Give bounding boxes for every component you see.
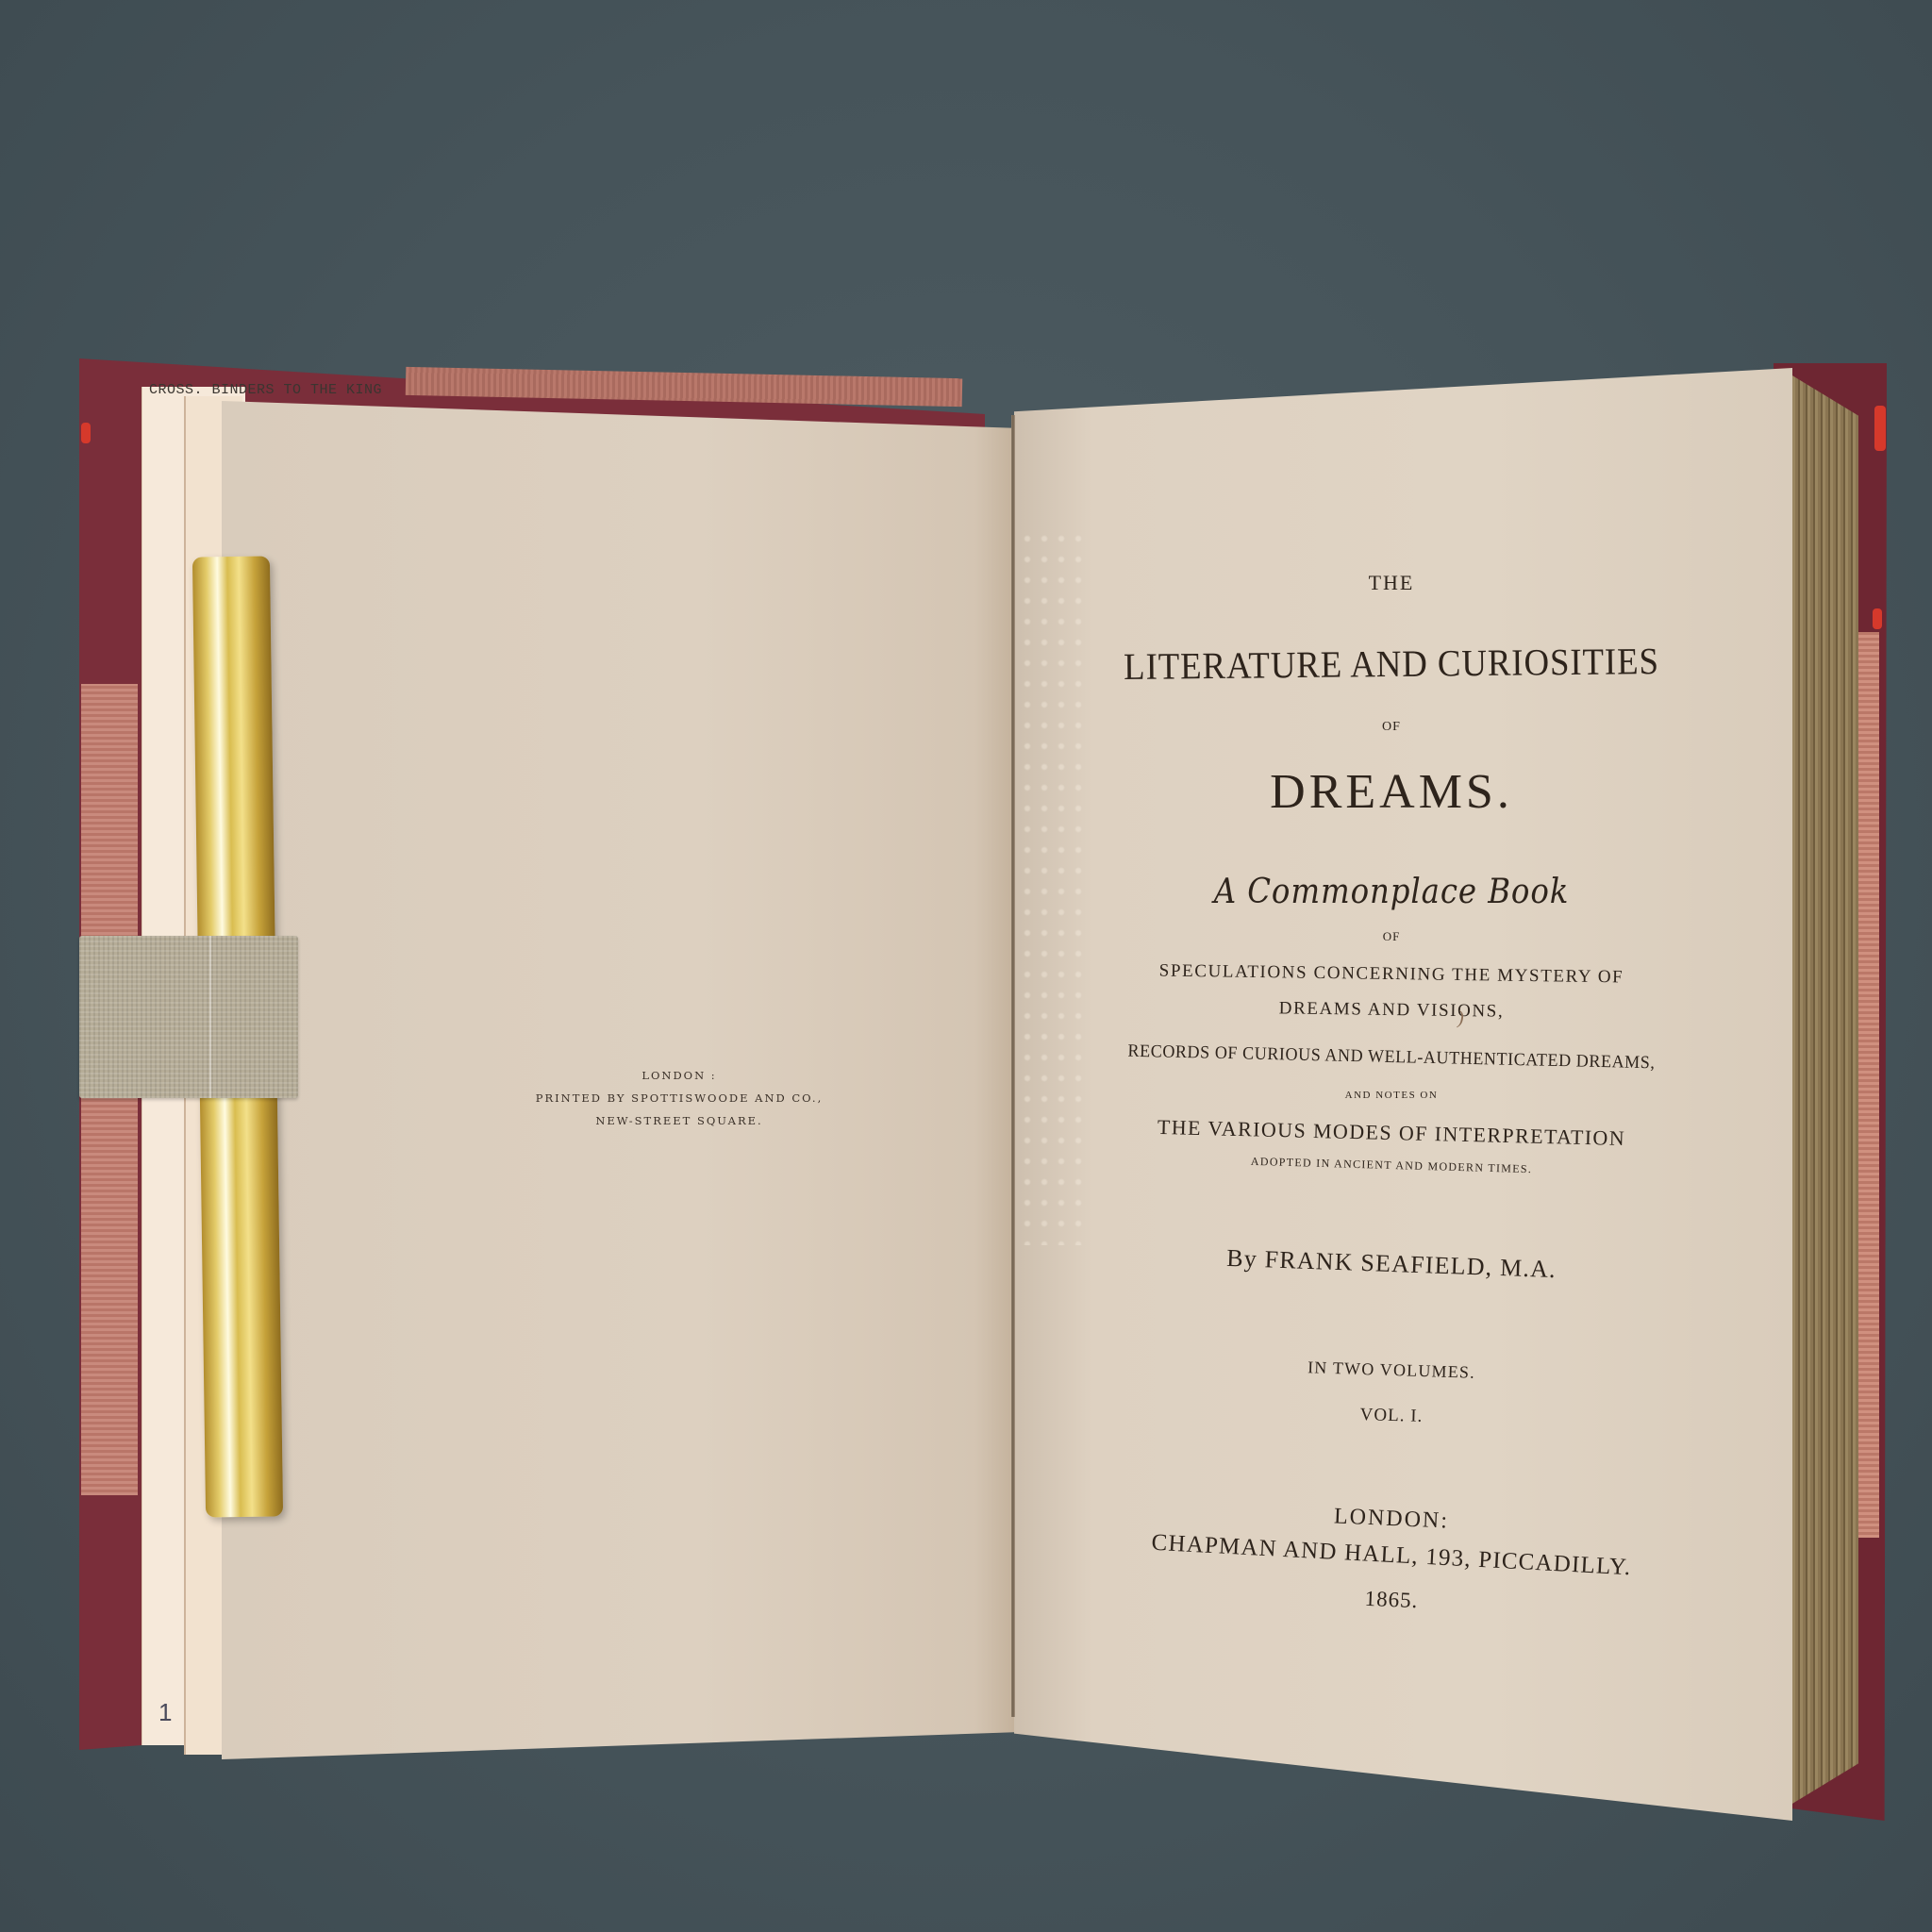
- text-block-fore-edge: [1788, 373, 1858, 1807]
- ribbon-seam: [209, 936, 211, 1098]
- title-the: THE: [1028, 571, 1755, 595]
- subtitle-of: OF: [1028, 929, 1755, 944]
- pencil-mark: 1: [158, 1698, 187, 1736]
- red-corner-wear: [1873, 608, 1882, 629]
- right-cover-cloth-strip: [1857, 632, 1879, 1538]
- title-subject: DREAMS.: [1028, 764, 1755, 820]
- subtitle-blackletter: A Commonplace Book: [1065, 873, 1719, 911]
- main-title: LITERATURE AND CURIOSITIES: [1058, 638, 1726, 689]
- pencil-margin-mark: ): [1457, 1008, 1464, 1029]
- imprint-line-3: NEW-STREET SQUARE.: [491, 1109, 868, 1132]
- red-corner-wear: [81, 423, 91, 443]
- linen-ribbon-band: [79, 936, 298, 1098]
- red-corner-wear: [1874, 406, 1886, 451]
- imprint-line-2: PRINTED BY SPOTTISWOODE AND CO.,: [491, 1087, 868, 1109]
- imprint-line-1: LONDON :: [491, 1064, 868, 1087]
- printer-imprint: LONDON : PRINTED BY SPOTTISWOODE AND CO.…: [491, 1064, 868, 1132]
- description-line-4: AND NOTES ON: [1028, 1090, 1755, 1101]
- title-of: OF: [1028, 720, 1755, 735]
- binder-label: CROSS. BINDERS TO THE KING: [149, 382, 432, 403]
- book-gutter: [1011, 415, 1015, 1717]
